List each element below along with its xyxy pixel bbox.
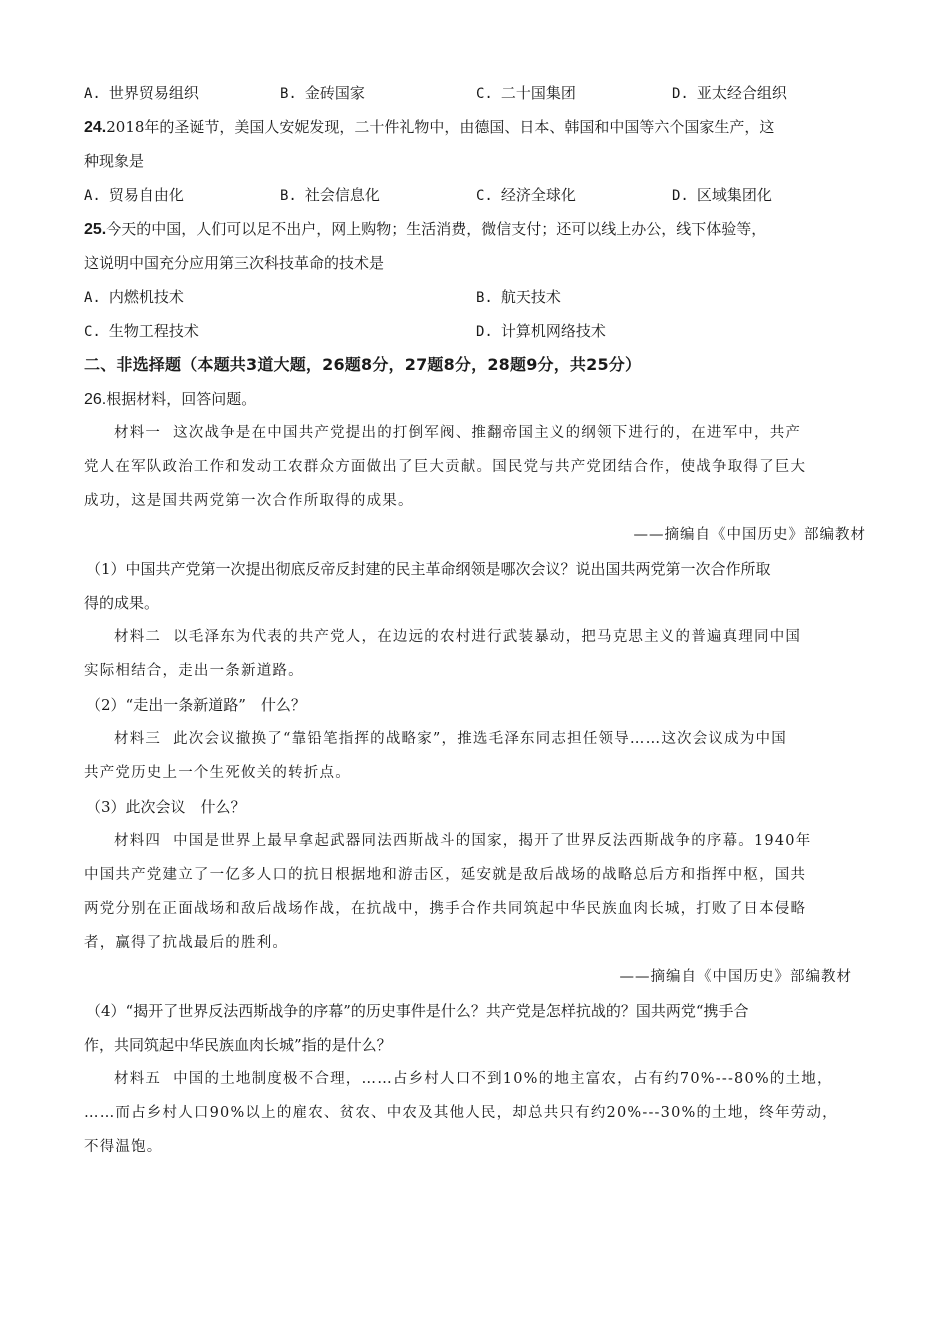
option-letter: C.: [476, 86, 493, 102]
q23-option-a[interactable]: A.世界贸易组织: [84, 76, 280, 110]
material1-source: ——摘编自《中国历史》部编教材: [84, 518, 870, 552]
q24-option-d[interactable]: D.区域集团化: [672, 178, 868, 212]
option-text: 世界贸易组织: [109, 84, 199, 102]
option-letter: D.: [476, 324, 493, 340]
option-letter: A.: [84, 188, 101, 204]
subquestion1-line2: 得的成果。: [84, 586, 870, 620]
material-label: 材料三: [114, 731, 161, 747]
material-text: 中国的土地制度极不合理，……占乡村人口不到10%的地主富农，占有约70%---8…: [173, 1071, 833, 1087]
question-number: 24.: [84, 119, 106, 136]
material5-line3: 不得温饱。: [84, 1130, 870, 1164]
q23-option-b[interactable]: B.金砖国家: [280, 76, 476, 110]
material-label: 材料五: [114, 1071, 161, 1087]
material1-line2: 党人在军队政治工作和发动工农群众方面做出了巨大贡献。国民党与共产党团结合作，使战…: [84, 450, 870, 484]
material-text: 此次会议撤换了“靠铅笔指挥的战略家”，推选毛泽东同志担任领导……这次会议成为中国: [173, 731, 787, 747]
option-text: 区域集团化: [697, 186, 772, 204]
material-text: 中国是世界上最早拿起武器同法西斯战斗的国家，揭开了世界反法西斯战争的序幕。194…: [173, 833, 811, 849]
q23-option-d[interactable]: D.亚太经合组织: [672, 76, 868, 110]
q26-stem: 26.根据材料，回答问题。: [84, 382, 870, 416]
option-text: 贸易自由化: [109, 186, 184, 204]
option-text: 生物工程技术: [109, 322, 199, 340]
q24-option-b[interactable]: B.社会信息化: [280, 178, 476, 212]
material4-line2: 中国共产党建立了一亿多人口的抗日根据地和游击区，延安就是敌后战场的战略总后方和指…: [84, 858, 870, 892]
subquestion3: （3）此次会议 什么？: [84, 790, 870, 824]
material4-line3: 两党分别在正面战场和敌后战场作战，在抗战中，携手合作共同筑起中华民族血肉长城，打…: [84, 892, 870, 926]
q25-option-a[interactable]: A.内燃机技术: [84, 280, 476, 314]
option-letter: C.: [476, 188, 493, 204]
q25-stem-line2: 这说明中国充分应用第三次科技革命的技术是: [84, 246, 870, 280]
material5-line2: ……而占乡村人口90%以上的雇农、贫农、中农及其他人民，却总共只有约20%---…: [84, 1096, 870, 1130]
material1-line3: 成功，这是国共两党第一次合作所取得的成果。: [84, 484, 870, 518]
section-title: 二、非选择题（本题共3道大题，26题8分，27题8分，28题9分，共25分）: [84, 348, 870, 382]
material-label: 材料四: [114, 833, 161, 849]
material1-line1: 材料一这次战争是在中国共产党提出的打倒军阀、推翻帝国主义的纲领下进行的，在进军中…: [84, 416, 870, 450]
option-text: 经济全球化: [501, 186, 576, 204]
subquestion4-line2: 作，共同筑起中华民族血肉长城”指的是什么？: [84, 1028, 870, 1062]
material2-line2: 实际相结合，走出一条新道路。: [84, 654, 870, 688]
material-text: 以毛泽东为代表的共产党人，在边远的农村进行武装暴动，把马克思主义的普遍真理同中国: [173, 629, 801, 645]
option-text: 社会信息化: [305, 186, 380, 204]
q24-option-a[interactable]: A.贸易自由化: [84, 178, 280, 212]
question-text: 2018年的圣诞节，美国人安妮发现，二十件礼物中，由德国、日本、韩国和中国等六个…: [106, 118, 774, 136]
q24-stem-line1: 24.2018年的圣诞节，美国人安妮发现，二十件礼物中，由德国、日本、韩国和中国…: [84, 110, 870, 144]
material-text: 这次战争是在中国共产党提出的打倒军阀、推翻帝国主义的纲领下进行的，在进军中，共产: [173, 425, 801, 441]
q24-option-c[interactable]: C.经济全球化: [476, 178, 672, 212]
subquestion1-line1: （1）中国共产党第一次提出彻底反帝反封建的民主革命纲领是哪次会议？说出国共两党第…: [84, 552, 870, 586]
option-text: 内燃机技术: [109, 288, 184, 306]
material-label: 材料一: [114, 425, 161, 441]
q23-option-c[interactable]: C.二十国集团: [476, 76, 672, 110]
option-text: 航天技术: [501, 288, 561, 306]
option-letter: D.: [672, 188, 689, 204]
option-text: 亚太经合组织: [697, 84, 787, 102]
q25-option-d[interactable]: D.计算机网络技术: [476, 314, 868, 348]
q25-options-row1: A.内燃机技术 B.航天技术: [84, 280, 870, 314]
material3-line2: 共产党历史上一个生死攸关的转折点。: [84, 756, 870, 790]
option-text: 金砖国家: [305, 84, 365, 102]
question-number: 25.: [84, 221, 106, 238]
material-label: 材料二: [114, 629, 161, 645]
q25-option-b[interactable]: B.航天技术: [476, 280, 868, 314]
option-letter: C.: [84, 324, 101, 340]
question-text: 根据材料，回答问题。: [106, 390, 256, 408]
option-letter: B.: [280, 86, 297, 102]
q25-stem-line1: 25.今天的中国，人们可以足不出户，网上购物；生活消费，微信支付；还可以线上办公…: [84, 212, 870, 246]
question-number: 26.: [84, 391, 106, 408]
option-letter: A.: [84, 86, 101, 102]
option-letter: B.: [280, 188, 297, 204]
q25-option-c[interactable]: C.生物工程技术: [84, 314, 476, 348]
question-text: 今天的中国，人们可以足不出户，网上购物；生活消费，微信支付；还可以线上办公，线下…: [106, 220, 766, 238]
subquestion2: （2）“走出一条新道路” 什么？: [84, 688, 870, 722]
option-letter: B.: [476, 290, 493, 306]
q24-stem-line2: 种现象是: [84, 144, 870, 178]
option-text: 二十国集团: [501, 84, 576, 102]
q24-options: A.贸易自由化 B.社会信息化 C.经济全球化 D.区域集团化: [84, 178, 870, 212]
q25-options-row2: C.生物工程技术 D.计算机网络技术: [84, 314, 870, 348]
option-letter: A.: [84, 290, 101, 306]
material5-line1: 材料五中国的土地制度极不合理，……占乡村人口不到10%的地主富农，占有约70%-…: [84, 1062, 870, 1096]
option-text: 计算机网络技术: [501, 322, 606, 340]
material4-line1: 材料四中国是世界上最早拿起武器同法西斯战斗的国家，揭开了世界反法西斯战争的序幕。…: [84, 824, 870, 858]
material4-source: ——摘编自《中国历史》部编教材: [84, 960, 870, 994]
option-letter: D.: [672, 86, 689, 102]
subquestion4-line1: （4）“揭开了世界反法西斯战争的序幕”的历史事件是什么？共产党是怎样抗战的？国共…: [84, 994, 870, 1028]
material4-line4: 者，赢得了抗战最后的胜利。: [84, 926, 870, 960]
q23-options: A.世界贸易组织 B.金砖国家 C.二十国集团 D.亚太经合组织: [84, 76, 870, 110]
exam-page: A.世界贸易组织 B.金砖国家 C.二十国集团 D.亚太经合组织 24.2018…: [84, 76, 870, 1164]
material3-line1: 材料三此次会议撤换了“靠铅笔指挥的战略家”，推选毛泽东同志担任领导……这次会议成…: [84, 722, 870, 756]
material2-line1: 材料二以毛泽东为代表的共产党人，在边远的农村进行武装暴动，把马克思主义的普遍真理…: [84, 620, 870, 654]
